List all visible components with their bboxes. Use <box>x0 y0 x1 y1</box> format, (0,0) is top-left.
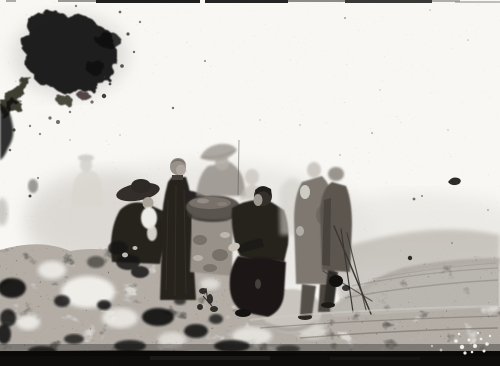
photograph <box>0 0 500 366</box>
film-speckle <box>0 0 500 366</box>
photo-canvas <box>0 0 500 366</box>
